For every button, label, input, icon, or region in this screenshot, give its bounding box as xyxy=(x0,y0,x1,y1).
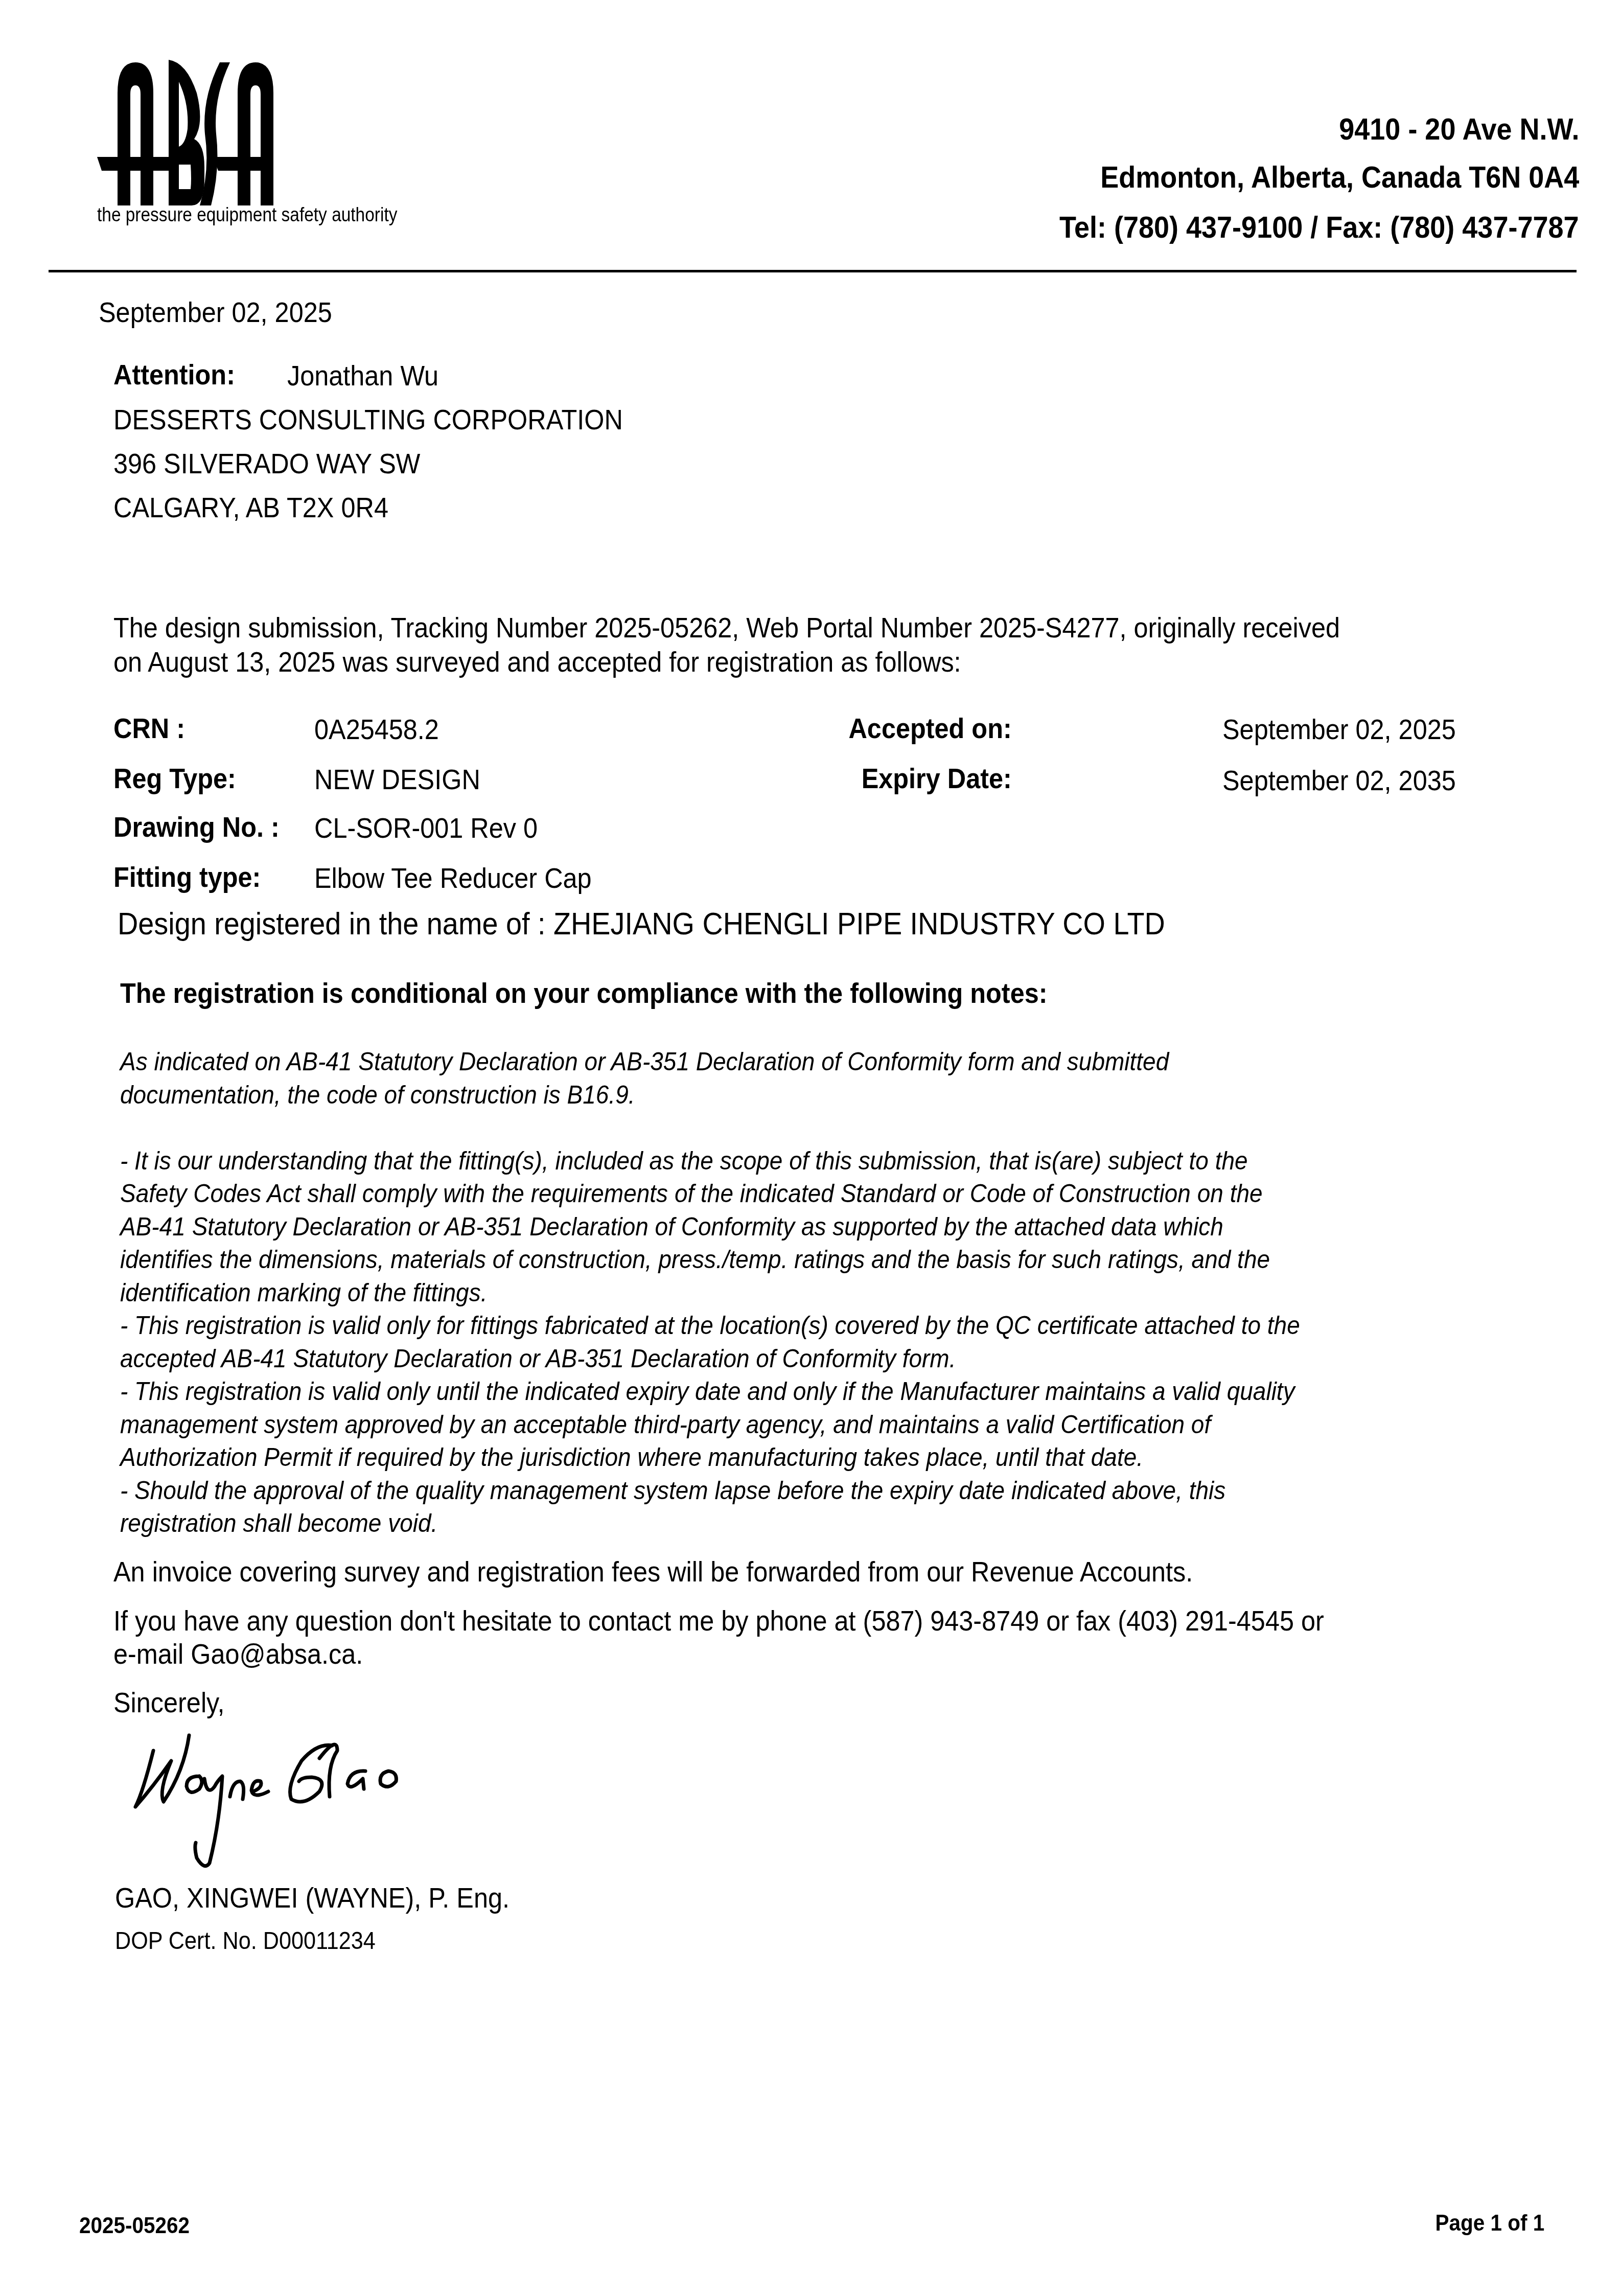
logo-tagline: the pressure equipment safety authority xyxy=(97,204,397,226)
note-line: - It is our understanding that the fitti… xyxy=(120,1146,1248,1176)
letter-date: September 02, 2025 xyxy=(99,295,332,329)
closing-salutation: Sincerely, xyxy=(113,1686,225,1719)
org-city-address: Edmonton, Alberta, Canada T6N 0A4 xyxy=(1100,159,1579,195)
expiry-date-value: September 02, 2035 xyxy=(1222,764,1456,797)
note-line: identifies the dimensions, materials of … xyxy=(120,1245,1270,1274)
registered-name-line: Design registered in the name of : ZHEJI… xyxy=(118,906,1165,942)
drawing-no-label: Drawing No. : xyxy=(113,810,280,843)
signer-cert-number: DOP Cert. No. D00011234 xyxy=(115,1927,376,1955)
org-street-address: 9410 - 20 Ave N.W. xyxy=(1339,111,1579,147)
recipient-company: DESSERTS CONSULTING CORPORATION xyxy=(113,403,623,436)
reg-type-value: NEW DESIGN xyxy=(314,763,480,796)
note-line: AB-41 Statutory Declaration or AB-351 De… xyxy=(120,1212,1223,1242)
note-line: management system approved by an accepta… xyxy=(120,1410,1211,1439)
crn-value: 0A25458.2 xyxy=(314,713,439,746)
intro-line-1: The design submission, Tracking Number 2… xyxy=(113,611,1340,644)
signature-image: Wayne Gao xyxy=(123,1730,659,1878)
invoice-notice: An invoice covering survey and registrat… xyxy=(113,1555,1193,1588)
fitting-type-label: Fitting type: xyxy=(113,860,261,893)
expiry-date-label: Expiry Date: xyxy=(862,762,1012,795)
note-line: Authorization Permit if required by the … xyxy=(120,1442,1143,1472)
fitting-type-value: Elbow Tee Reducer Cap xyxy=(314,861,592,894)
accepted-on-label: Accepted on: xyxy=(849,711,1012,745)
note-line: - This registration is valid only for fi… xyxy=(120,1311,1300,1340)
header-divider xyxy=(49,270,1577,272)
footer-tracking-number: 2025-05262 xyxy=(79,2213,190,2239)
intro-line-2: on August 13, 2025 was surveyed and acce… xyxy=(113,645,961,678)
footer-page-number: Page 1 of 1 xyxy=(1435,2211,1544,2236)
attention-label: Attention: xyxy=(113,358,235,391)
note-line: documentation, the code of construction … xyxy=(120,1080,635,1110)
attention-name: Jonathan Wu xyxy=(287,359,438,392)
accepted-on-value: September 02, 2025 xyxy=(1222,713,1456,746)
contact-line-1: If you have any question don't hesitate … xyxy=(113,1604,1324,1637)
note-line: - This registration is valid only until … xyxy=(120,1376,1295,1406)
note-line: accepted AB-41 Statutory Declaration or … xyxy=(120,1344,956,1373)
recipient-city: CALGARY, AB T2X 0R4 xyxy=(113,491,388,524)
reg-type-label: Reg Type: xyxy=(113,762,236,795)
contact-line-2: e-mail Gao@absa.ca. xyxy=(113,1637,363,1670)
org-phone-fax: Tel: (780) 437-9100 / Fax: (780) 437-778… xyxy=(1059,210,1579,245)
note-line: As indicated on AB-41 Statutory Declarat… xyxy=(120,1047,1169,1076)
crn-label: CRN : xyxy=(113,711,185,745)
drawing-no-value: CL-SOR-001 Rev 0 xyxy=(314,811,538,844)
recipient-street: 396 SILVERADO WAY SW xyxy=(113,447,420,480)
note-line: - Should the approval of the quality man… xyxy=(120,1476,1225,1505)
note-line: Safety Codes Act shall comply with the r… xyxy=(120,1179,1263,1208)
note-line: identification marking of the fittings. xyxy=(120,1278,487,1307)
notes-heading: The registration is conditional on your … xyxy=(120,976,1047,1009)
signer-name: GAO, XINGWEI (WAYNE), P. Eng. xyxy=(115,1881,510,1914)
note-line: registration shall become void. xyxy=(120,1508,437,1538)
